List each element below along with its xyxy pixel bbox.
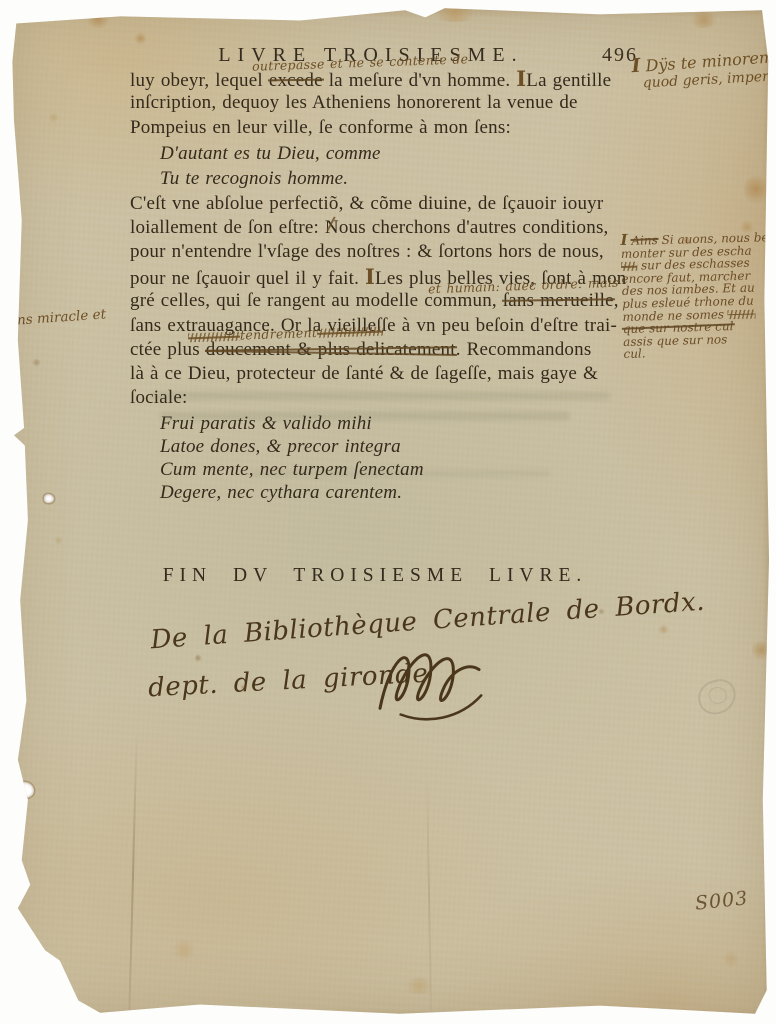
stain xyxy=(32,358,41,367)
print-text: , xyxy=(614,290,619,311)
stain xyxy=(430,4,480,22)
print-line: C'eſt vne abſolue perfectiõ, & cõme diui… xyxy=(130,194,603,213)
print-text: ſociale: xyxy=(130,387,188,408)
print-text: Degere, nec cythara carentem. xyxy=(160,482,402,503)
verse-line: Cum mente, nec turpem ſenectam xyxy=(160,460,424,479)
print-text: Frui paratis & valido mihi xyxy=(160,413,372,434)
stain xyxy=(84,8,112,28)
verse-line: Tu te recognois homme. xyxy=(160,169,348,188)
print-text: . Recommandons xyxy=(456,339,592,360)
scribble xyxy=(317,327,383,338)
signature-paraph xyxy=(364,633,491,733)
print-text: luy obeyr, lequel xyxy=(130,70,269,91)
struck-print-word: excede xyxy=(269,70,323,91)
fin-du-livre-line: FIN DV TROISIESME LIVRE. xyxy=(140,565,610,587)
stain xyxy=(752,638,770,662)
print-text: inſcription, dequoy les Atheniens honore… xyxy=(130,92,578,113)
paper-sheet: LIVRE TROISIESME. 496 luy obeyr, lequel … xyxy=(0,0,776,1024)
paper-hole xyxy=(44,494,54,503)
print-text: loiallement de ſon eſtre: Nous cherchons… xyxy=(130,217,609,238)
stain xyxy=(744,172,768,206)
print-line: loiallement de ſon eſtre: Nous cherchons… xyxy=(130,218,609,237)
scribble xyxy=(621,262,637,271)
insertion-mark: I xyxy=(631,55,641,78)
edge-shading xyxy=(762,0,776,1024)
print-text: Latoe dones, & precor integra xyxy=(160,436,401,457)
stain xyxy=(658,624,669,635)
shelfmark: S003 xyxy=(694,887,749,914)
print-line: ctée plus doucement & plus delicatement.… xyxy=(130,340,591,359)
insertion-mark: I xyxy=(516,66,526,91)
showthrough-text xyxy=(150,392,610,400)
print-text: D'autant es tu Dieu, comme xyxy=(160,143,381,164)
margin-note-right: I Ains Si auons, nous bea monter sur des… xyxy=(620,230,776,361)
print-line: inſcription, dequoy les Atheniens honore… xyxy=(130,93,578,112)
margin-note-left: sans miracle et xyxy=(2,306,107,329)
print-text: Pompeius en leur ville, ſe conforme à mo… xyxy=(130,117,511,138)
stain xyxy=(54,536,63,545)
print-line: pour n'entendre l'vſage des noſtres : & … xyxy=(130,242,604,261)
print-line: Pompeius en leur ville, ſe conforme à mo… xyxy=(130,118,511,137)
print-text: pour ne ſçauoir quel il y fait. xyxy=(130,268,365,289)
paper-hole xyxy=(16,782,34,798)
stain xyxy=(172,938,196,962)
verse-line: Degere, nec cythara carentem. xyxy=(160,483,402,502)
scanned-book-page: LIVRE TROISIESME. 496 luy obeyr, lequel … xyxy=(0,0,776,1024)
print-text: La gentille xyxy=(526,70,611,91)
print-line: gré celles, qui ſe rangent au modelle co… xyxy=(130,291,619,310)
margin-note-top-right: I Dÿs te minorem quod geris, imperas xyxy=(631,45,776,93)
print-text: Tu te recognois homme. xyxy=(160,168,348,189)
verse-line: Frui paratis & valido mihi xyxy=(160,414,372,433)
print-text: pour n'entendre l'vſage des noſtres : & … xyxy=(130,241,604,262)
crease-line xyxy=(128,730,137,1020)
print-text: Cum mente, nec turpem ſenectam xyxy=(160,459,424,480)
crease-line xyxy=(426,770,432,1015)
verse-line: D'autant es tu Dieu, comme xyxy=(160,144,381,163)
interlinear-word: tendrement xyxy=(240,325,318,343)
insertion-mark: I xyxy=(365,264,375,289)
stain xyxy=(48,112,59,123)
print-line: là à ce Dieu, protecteur de ſanté & de ſ… xyxy=(130,364,598,383)
edge-shading xyxy=(0,0,776,18)
stain xyxy=(722,950,740,968)
edge-shading xyxy=(0,0,12,1024)
struck-handwriting: Ains xyxy=(631,233,658,248)
print-text: C'eſt vne abſolue perfectiõ, & cõme diui… xyxy=(130,193,603,214)
stain xyxy=(194,654,202,662)
verse-line: Latoe dones, & precor integra xyxy=(160,437,401,456)
print-text: la meſure d'vn homme. xyxy=(323,70,516,91)
pencil-mark xyxy=(694,676,739,718)
edge-shading xyxy=(0,1008,776,1024)
scribble xyxy=(188,332,240,343)
scribble xyxy=(728,309,756,319)
print-line: luy obeyr, lequel excede la meſure d'vn … xyxy=(130,68,611,90)
stain xyxy=(688,12,720,28)
print-text: là à ce Dieu, protecteur de ſanté & de ſ… xyxy=(130,363,598,384)
print-line: ſociale: xyxy=(130,388,188,407)
